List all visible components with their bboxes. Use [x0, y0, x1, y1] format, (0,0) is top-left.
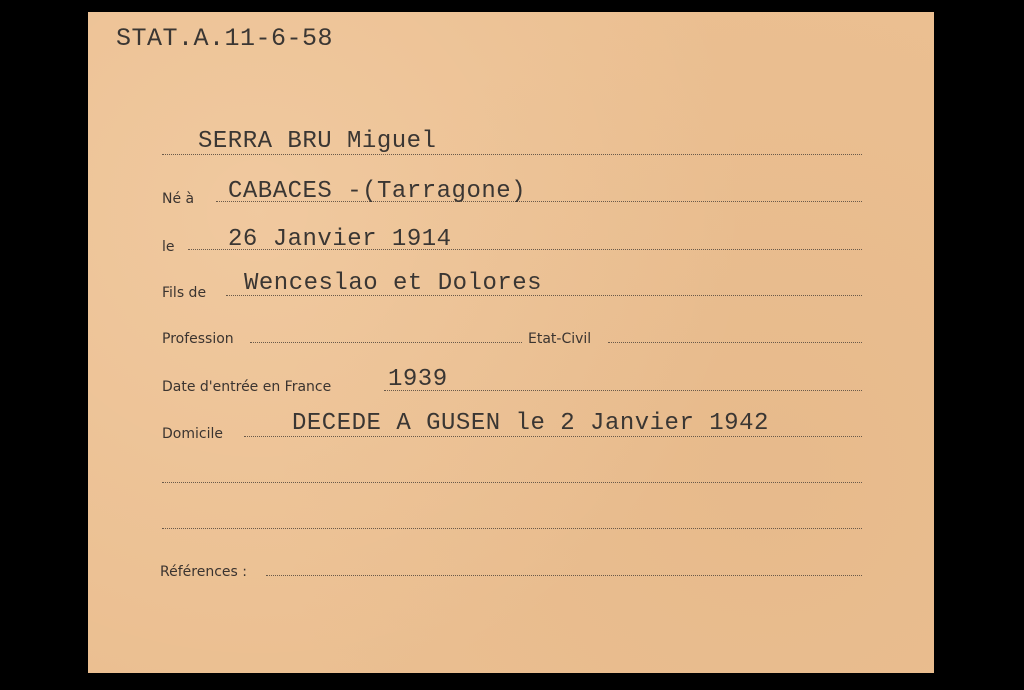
profession-line	[250, 342, 522, 343]
reference-code: STAT.A.11-6-58	[116, 24, 333, 53]
entry-date-line	[384, 390, 862, 391]
birthplace-value: CABACES -(Tarragone)	[228, 178, 526, 205]
residence-label: Domicile	[162, 426, 223, 442]
parents-label: Fils de	[162, 285, 206, 301]
blank-line-2	[162, 528, 862, 529]
parents-value: Wenceslao et Dolores	[244, 270, 542, 297]
birthdate-value: 26 Janvier 1914	[228, 226, 452, 253]
references-label: Références :	[160, 564, 247, 580]
civil-status-label: Etat-Civil	[528, 331, 591, 347]
references-line	[266, 575, 862, 576]
archive-index-card: STAT.A.11-6-58 SERRA BRU Miguel Né à CAB…	[88, 12, 934, 673]
birthplace-label: Né à	[162, 191, 194, 207]
name-line	[162, 154, 862, 155]
entry-date-value: 1939	[388, 366, 448, 393]
civil-status-line	[608, 342, 862, 343]
residence-value: DECEDE A GUSEN le 2 Janvier 1942	[292, 410, 769, 437]
blank-line-1	[162, 482, 862, 483]
person-name: SERRA BRU Miguel	[198, 128, 436, 155]
profession-label: Profession	[162, 331, 234, 347]
birthdate-label: le	[162, 239, 175, 255]
entry-date-label: Date d'entrée en France	[162, 379, 331, 395]
